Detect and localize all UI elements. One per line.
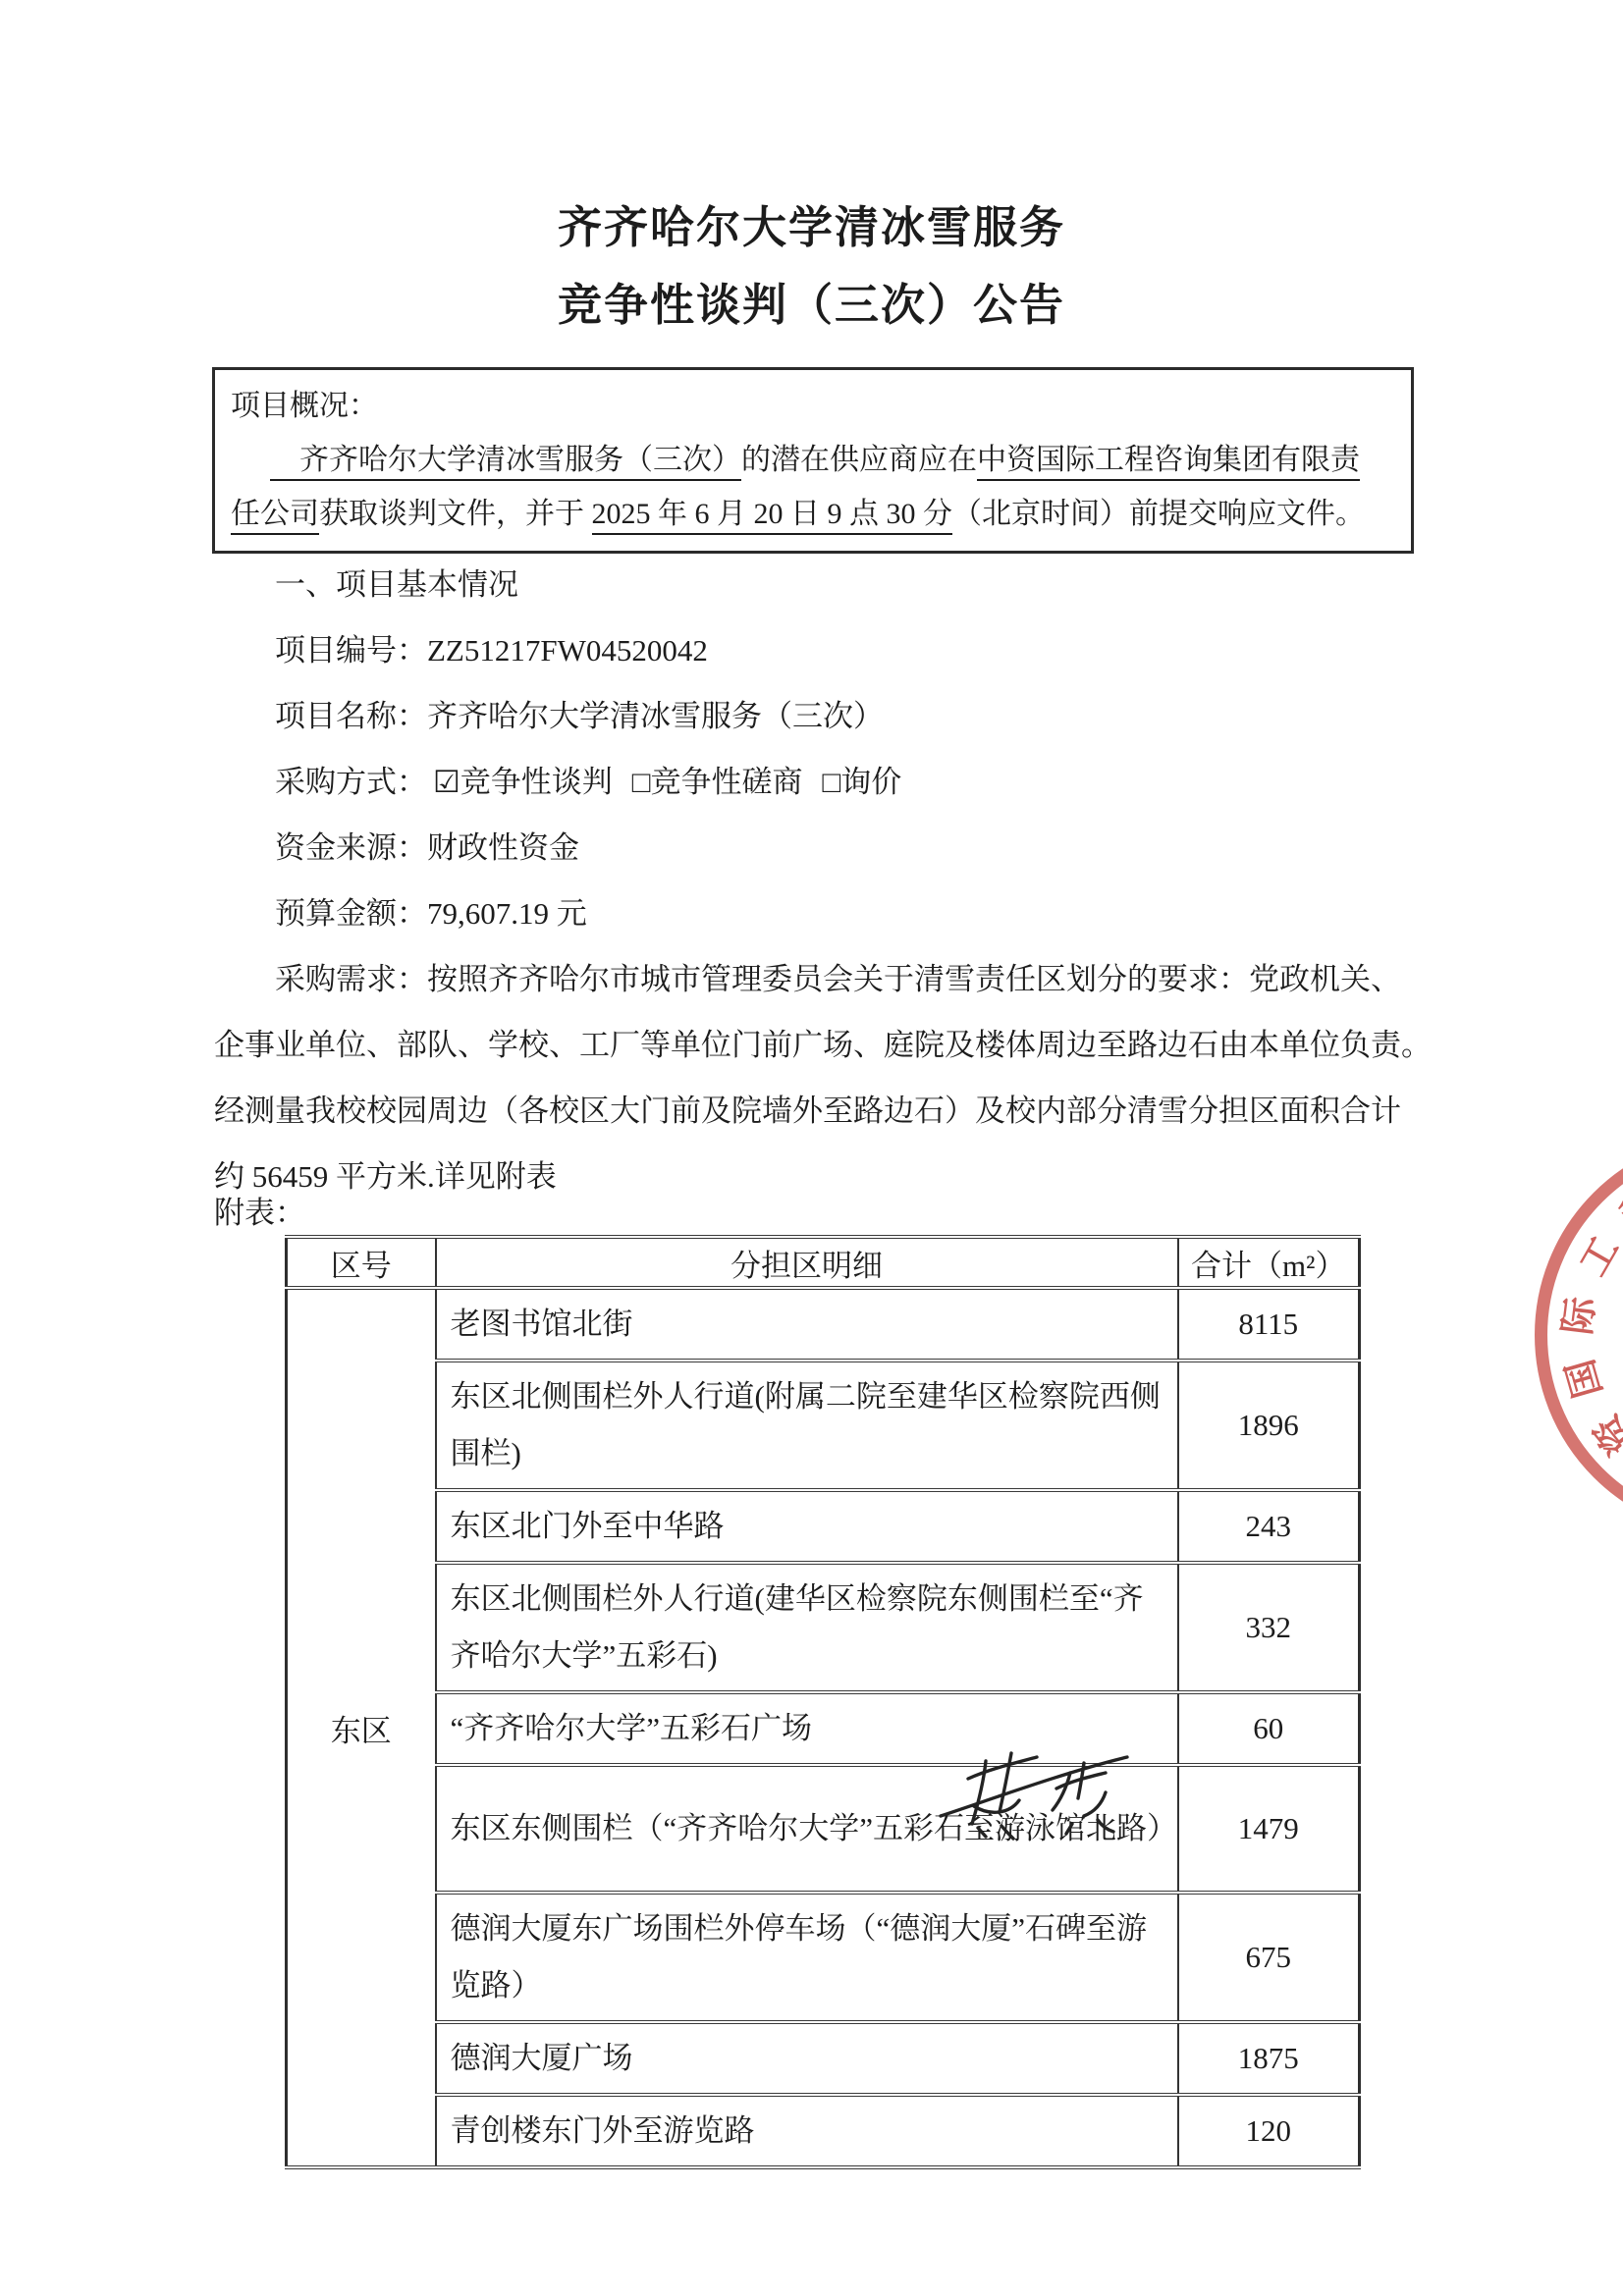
detail-cell: 东区北侧围栏外人行道(附属二院至建华区检察院西侧围栏)	[436, 1361, 1178, 1490]
overview-text: 获取谈判文件，并于	[319, 498, 592, 530]
area-cell: 675	[1178, 1893, 1360, 2022]
budget-amount: 预算金额：79,607.19 元	[214, 881, 1414, 946]
table-row: 德润大厦广场 1875	[287, 2022, 1360, 2095]
table-row: 青创楼东门外至游览路 120	[287, 2095, 1360, 2167]
overview-agency-continued-underlined: 任公司	[231, 498, 319, 535]
overview-label: 项目概况：	[231, 379, 1395, 433]
area-cell: 120	[1178, 2095, 1360, 2167]
detail-cell: 青创楼东门外至游览路	[436, 2095, 1178, 2167]
detail-cell: 德润大厦广场	[436, 2022, 1178, 2095]
seal-character: 工	[1570, 1227, 1623, 1286]
method-option-unchecked: □询价	[823, 765, 902, 799]
document-page: 齐齐哈尔大学清冰雪服务 竞争性谈判（三次）公告 项目概况： 齐齐哈尔大学清冰雪服…	[0, 0, 1623, 2296]
table-header-row: 区号 分担区明细 合计（m²）	[287, 1237, 1360, 1288]
procurement-method-line: 采购方式：☑竞争性谈判□竞争性磋商□询价	[214, 749, 1414, 815]
area-cell: 1896	[1178, 1361, 1360, 1490]
requirement-line-2: 企事业单位、部队、学校、工厂等单位门前广场、庭院及楼体周边至路边石由本单位负责。	[214, 1012, 1414, 1078]
seal-character: 国	[1558, 1352, 1611, 1405]
table-row: 东区北侧围栏外人行道(建华区检察院东侧围栏至“齐齐哈尔大学”五彩石) 332	[287, 1563, 1360, 1692]
header-zone-detail: 分担区明细	[436, 1237, 1178, 1288]
overview-deadline-underlined: 2025 年 6 月 20 日 9 点 30 分	[592, 498, 953, 535]
table-row: 东区东侧围栏（“齐齐哈尔大学”五彩石至游泳馆北路） 1479	[287, 1765, 1360, 1893]
title-line-2: 竞争性谈判（三次）公告	[0, 267, 1623, 345]
table-row: 东区 老图书馆北街 8115	[287, 1288, 1360, 1361]
funding-source: 资金来源：财政性资金	[214, 815, 1414, 881]
method-option-unchecked: □竞争性磋商	[632, 765, 803, 799]
method-label: 采购方式：	[275, 765, 427, 799]
section-heading: 一、项目基本情况	[214, 552, 1414, 617]
appendix-label: 附表：	[214, 1196, 305, 1231]
overview-agency-underlined: 中资国际工程咨询集团有限责	[977, 444, 1360, 481]
title-line-1: 齐齐哈尔大学清冰雪服务	[0, 189, 1623, 267]
document-title: 齐齐哈尔大学清冰雪服务 竞争性谈判（三次）公告	[0, 189, 1623, 345]
company-seal-stamp: 中 资 国 际 工 程	[1535, 1134, 1623, 1536]
table-row: “齐齐哈尔大学”五彩石广场 60	[287, 1692, 1360, 1765]
seal-character: 资	[1584, 1404, 1623, 1465]
detail-cell: 德润大厦东广场围栏外停车场（“德润大厦”石碑至游览路）	[436, 1893, 1178, 2022]
detail-cell: 老图书馆北街	[436, 1288, 1178, 1361]
detail-cell: 东区东侧围栏（“齐齐哈尔大学”五彩石至游泳馆北路）	[436, 1765, 1178, 1893]
detail-cell: “齐齐哈尔大学”五彩石广场	[436, 1692, 1178, 1765]
header-zone-number: 区号	[287, 1237, 436, 1288]
seal-character: 际	[1556, 1292, 1604, 1340]
project-name: 项目名称：齐齐哈尔大学清冰雪服务（三次）	[214, 683, 1414, 749]
header-total-area: 合计（m²）	[1178, 1237, 1360, 1288]
overview-project-name-underlined: 齐齐哈尔大学清冰雪服务（三次）	[270, 444, 741, 481]
overview-text: 的潜在供应商应在	[741, 444, 977, 476]
overview-line-2: 齐齐哈尔大学清冰雪服务（三次）的潜在供应商应在中资国际工程咨询集团有限责	[231, 433, 1395, 487]
detail-cell: 东区北侧围栏外人行道(建华区检察院东侧围栏至“齐齐哈尔大学”五彩石)	[436, 1563, 1178, 1692]
project-overview-box: 项目概况： 齐齐哈尔大学清冰雪服务（三次）的潜在供应商应在中资国际工程咨询集团有…	[212, 367, 1414, 554]
area-cell: 8115	[1178, 1288, 1360, 1361]
snow-zone-table: 区号 分担区明细 合计（m²） 东区 老图书馆北街 8115 东区北侧围栏外人行…	[285, 1235, 1361, 2169]
area-cell: 1875	[1178, 2022, 1360, 2095]
table-row: 东区北门外至中华路 243	[287, 1490, 1360, 1563]
area-cell: 60	[1178, 1692, 1360, 1765]
detail-cell: 东区北门外至中华路	[436, 1490, 1178, 1563]
area-cell: 243	[1178, 1490, 1360, 1563]
method-option-checked: ☑竞争性谈判	[433, 765, 613, 799]
table-row: 东区北侧围栏外人行道(附属二院至建华区检察院西侧围栏) 1896	[287, 1361, 1360, 1490]
project-number: 项目编号：ZZ51217FW04520042	[214, 617, 1414, 683]
table-row: 德润大厦东广场围栏外停车场（“德润大厦”石碑至游览路） 675	[287, 1893, 1360, 2022]
document-body: 一、项目基本情况 项目编号：ZZ51217FW04520042 项目名称：齐齐哈…	[214, 552, 1414, 1209]
requirement-line-3: 经测量我校校园周边（各校区大门前及院墙外至路边石）及校内部分清雪分担区面积合计	[214, 1078, 1414, 1144]
zone-name-cell: 东区	[287, 1288, 436, 2167]
seal-character: 程	[1611, 1179, 1623, 1240]
overview-text: （北京时间）前提交响应文件。	[952, 498, 1365, 530]
area-cell: 1479	[1178, 1765, 1360, 1893]
requirement-line-4: 约 56459 平方米.详见附表	[214, 1144, 1414, 1209]
overview-line-3: 任公司获取谈判文件，并于 2025 年 6 月 20 日 9 点 30 分（北京…	[231, 487, 1395, 541]
seal-ring	[1535, 1134, 1623, 1536]
requirement-line-1: 采购需求：按照齐齐哈尔市城市管理委员会关于清雪责任区划分的要求：党政机关、	[214, 946, 1414, 1012]
area-cell: 332	[1178, 1563, 1360, 1692]
